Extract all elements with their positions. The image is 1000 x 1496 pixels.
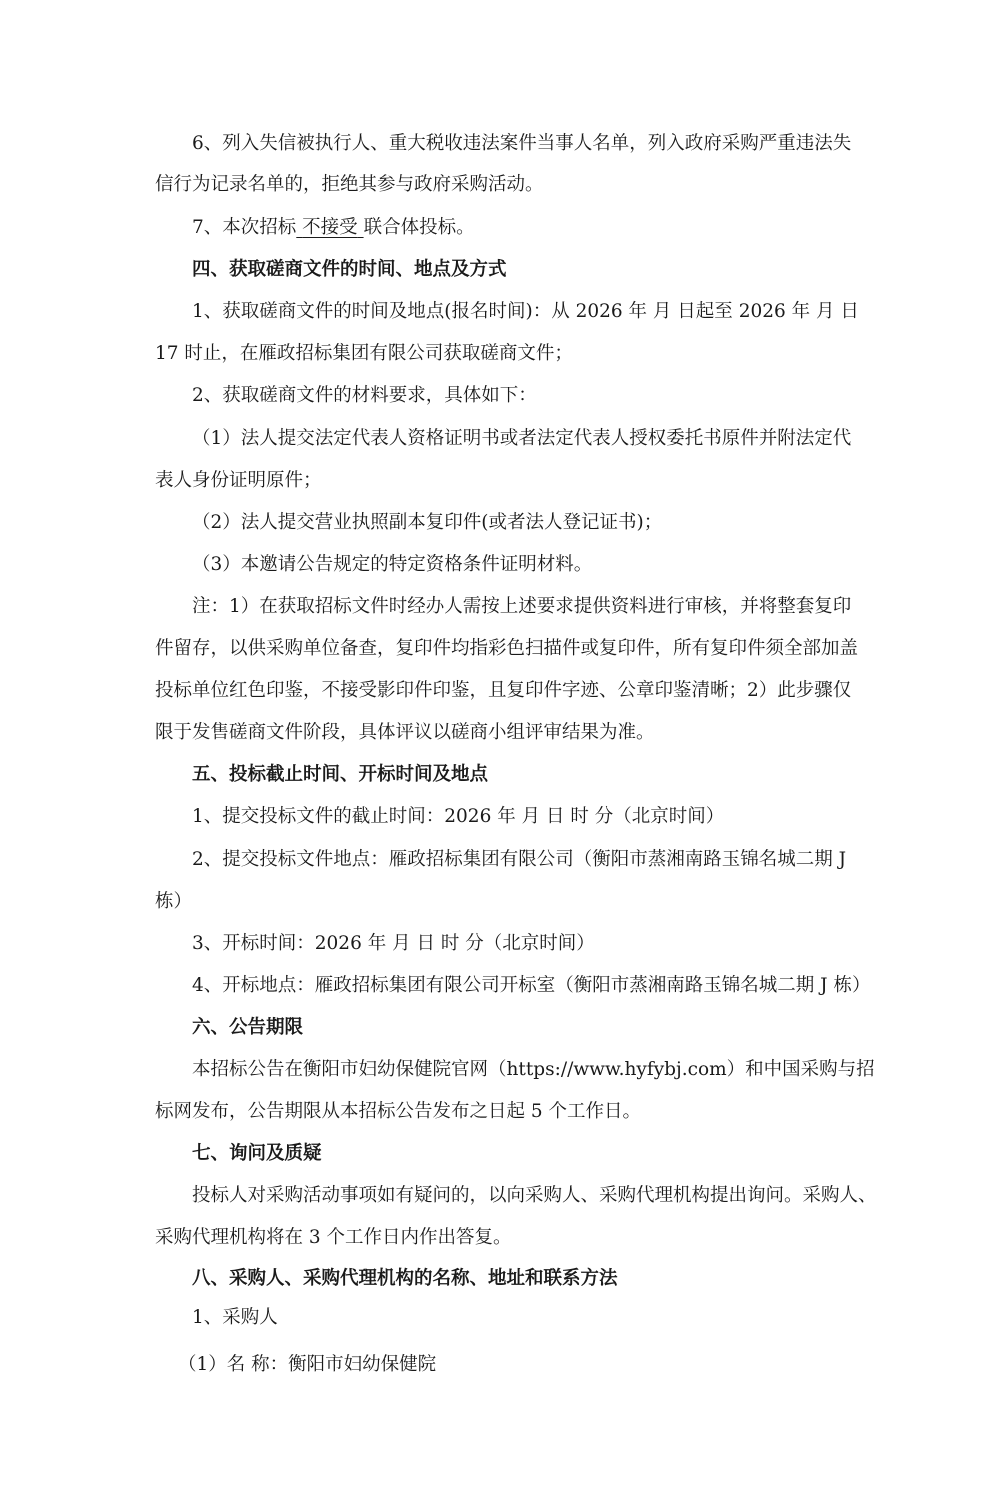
- section-heading: 四、获取磋商文件的时间、地点及方式: [192, 257, 507, 283]
- paragraph-line: 采购代理机构将在 3 个工作日内作出答复。: [155, 1225, 512, 1251]
- paragraph-line: 1、采购人: [192, 1305, 278, 1331]
- paragraph-line: （1）名 称：衡阳市妇幼保健院: [178, 1352, 436, 1378]
- paragraph-line: 7、本次招标 不接受 联合体投标。: [192, 215, 475, 241]
- paragraph-line: 6、列入失信被执行人、重大税收违法案件当事人名单，列入政府采购严重违法失: [192, 131, 851, 157]
- underlined-value: 不接受: [296, 217, 363, 238]
- section-heading: 五、投标截止时间、开标时间及地点: [192, 762, 488, 788]
- paragraph-line: 限于发售磋商文件阶段，具体评议以磋商小组评审结果为准。: [155, 720, 655, 746]
- paragraph-line: 1、提交投标文件的截止时间：2026 年 月 日 时 分（北京时间）: [192, 804, 724, 830]
- paragraph-line: （1）法人提交法定代表人资格证明书或者法定代表人授权委托书原件并附法定代: [192, 426, 851, 452]
- paragraph-line: （3）本邀请公告规定的特定资格条件证明材料。: [192, 552, 592, 578]
- clause-prefix: 7、本次招标: [192, 217, 296, 238]
- paragraph-line: 投标单位红色印鉴，不接受影印件印鉴，且复印件字迹、公章印鉴清晰；2）此步骤仅: [155, 678, 851, 704]
- document-page: 6、列入失信被执行人、重大税收违法案件当事人名单，列入政府采购严重违法失 信行为…: [0, 0, 1000, 1496]
- paragraph-line: 本招标公告在衡阳市妇幼保健院官网（https://www.hyfybj.com）…: [192, 1057, 875, 1083]
- paragraph-line: 表人身份证明原件；: [155, 468, 322, 494]
- paragraph-line: 投标人对采购活动事项如有疑问的，以向采购人、采购代理机构提出询问。采购人、: [192, 1183, 877, 1209]
- paragraph-line: 标网发布，公告期限从本招标公告发布之日起 5 个工作日。: [155, 1099, 641, 1125]
- paragraph-line: 3、开标时间：2026 年 月 日 时 分（北京时间）: [192, 931, 595, 957]
- paragraph-line: 信行为记录名单的，拒绝其参与政府采购活动。: [155, 172, 544, 198]
- paragraph-line: 栋）: [155, 889, 192, 915]
- paragraph-line: 4、开标地点：雁政招标集团有限公司开标室（衡阳市蒸湘南路玉锦名城二期 J 栋）: [192, 973, 870, 999]
- paragraph-line: 2、获取磋商文件的材料要求，具体如下：: [192, 383, 537, 409]
- section-heading: 七、询问及质疑: [192, 1141, 322, 1167]
- paragraph-line: 17 时止，在雁政招标集团有限公司获取磋商文件；: [155, 341, 573, 367]
- paragraph-line: 1、获取磋商文件的时间及地点(报名时间)：从 2026 年 月 日起至 2026…: [192, 299, 859, 325]
- paragraph-line: 件留存，以供采购单位备查，复印件均指彩色扫描件或复印件，所有复印件须全部加盖: [155, 636, 858, 662]
- paragraph-line: （2）法人提交营业执照副本复印件(或者法人登记证书)；: [192, 510, 662, 536]
- section-heading: 八、采购人、采购代理机构的名称、地址和联系方法: [192, 1266, 618, 1292]
- section-heading: 六、公告期限: [192, 1015, 303, 1041]
- paragraph-line: 2、提交投标文件地点：雁政招标集团有限公司（衡阳市蒸湘南路玉锦名城二期 J: [192, 847, 846, 873]
- paragraph-line: 注：1）在获取招标文件时经办人需按上述要求提供资料进行审核，并将整套复印: [192, 594, 851, 620]
- clause-suffix: 联合体投标。: [364, 217, 475, 238]
